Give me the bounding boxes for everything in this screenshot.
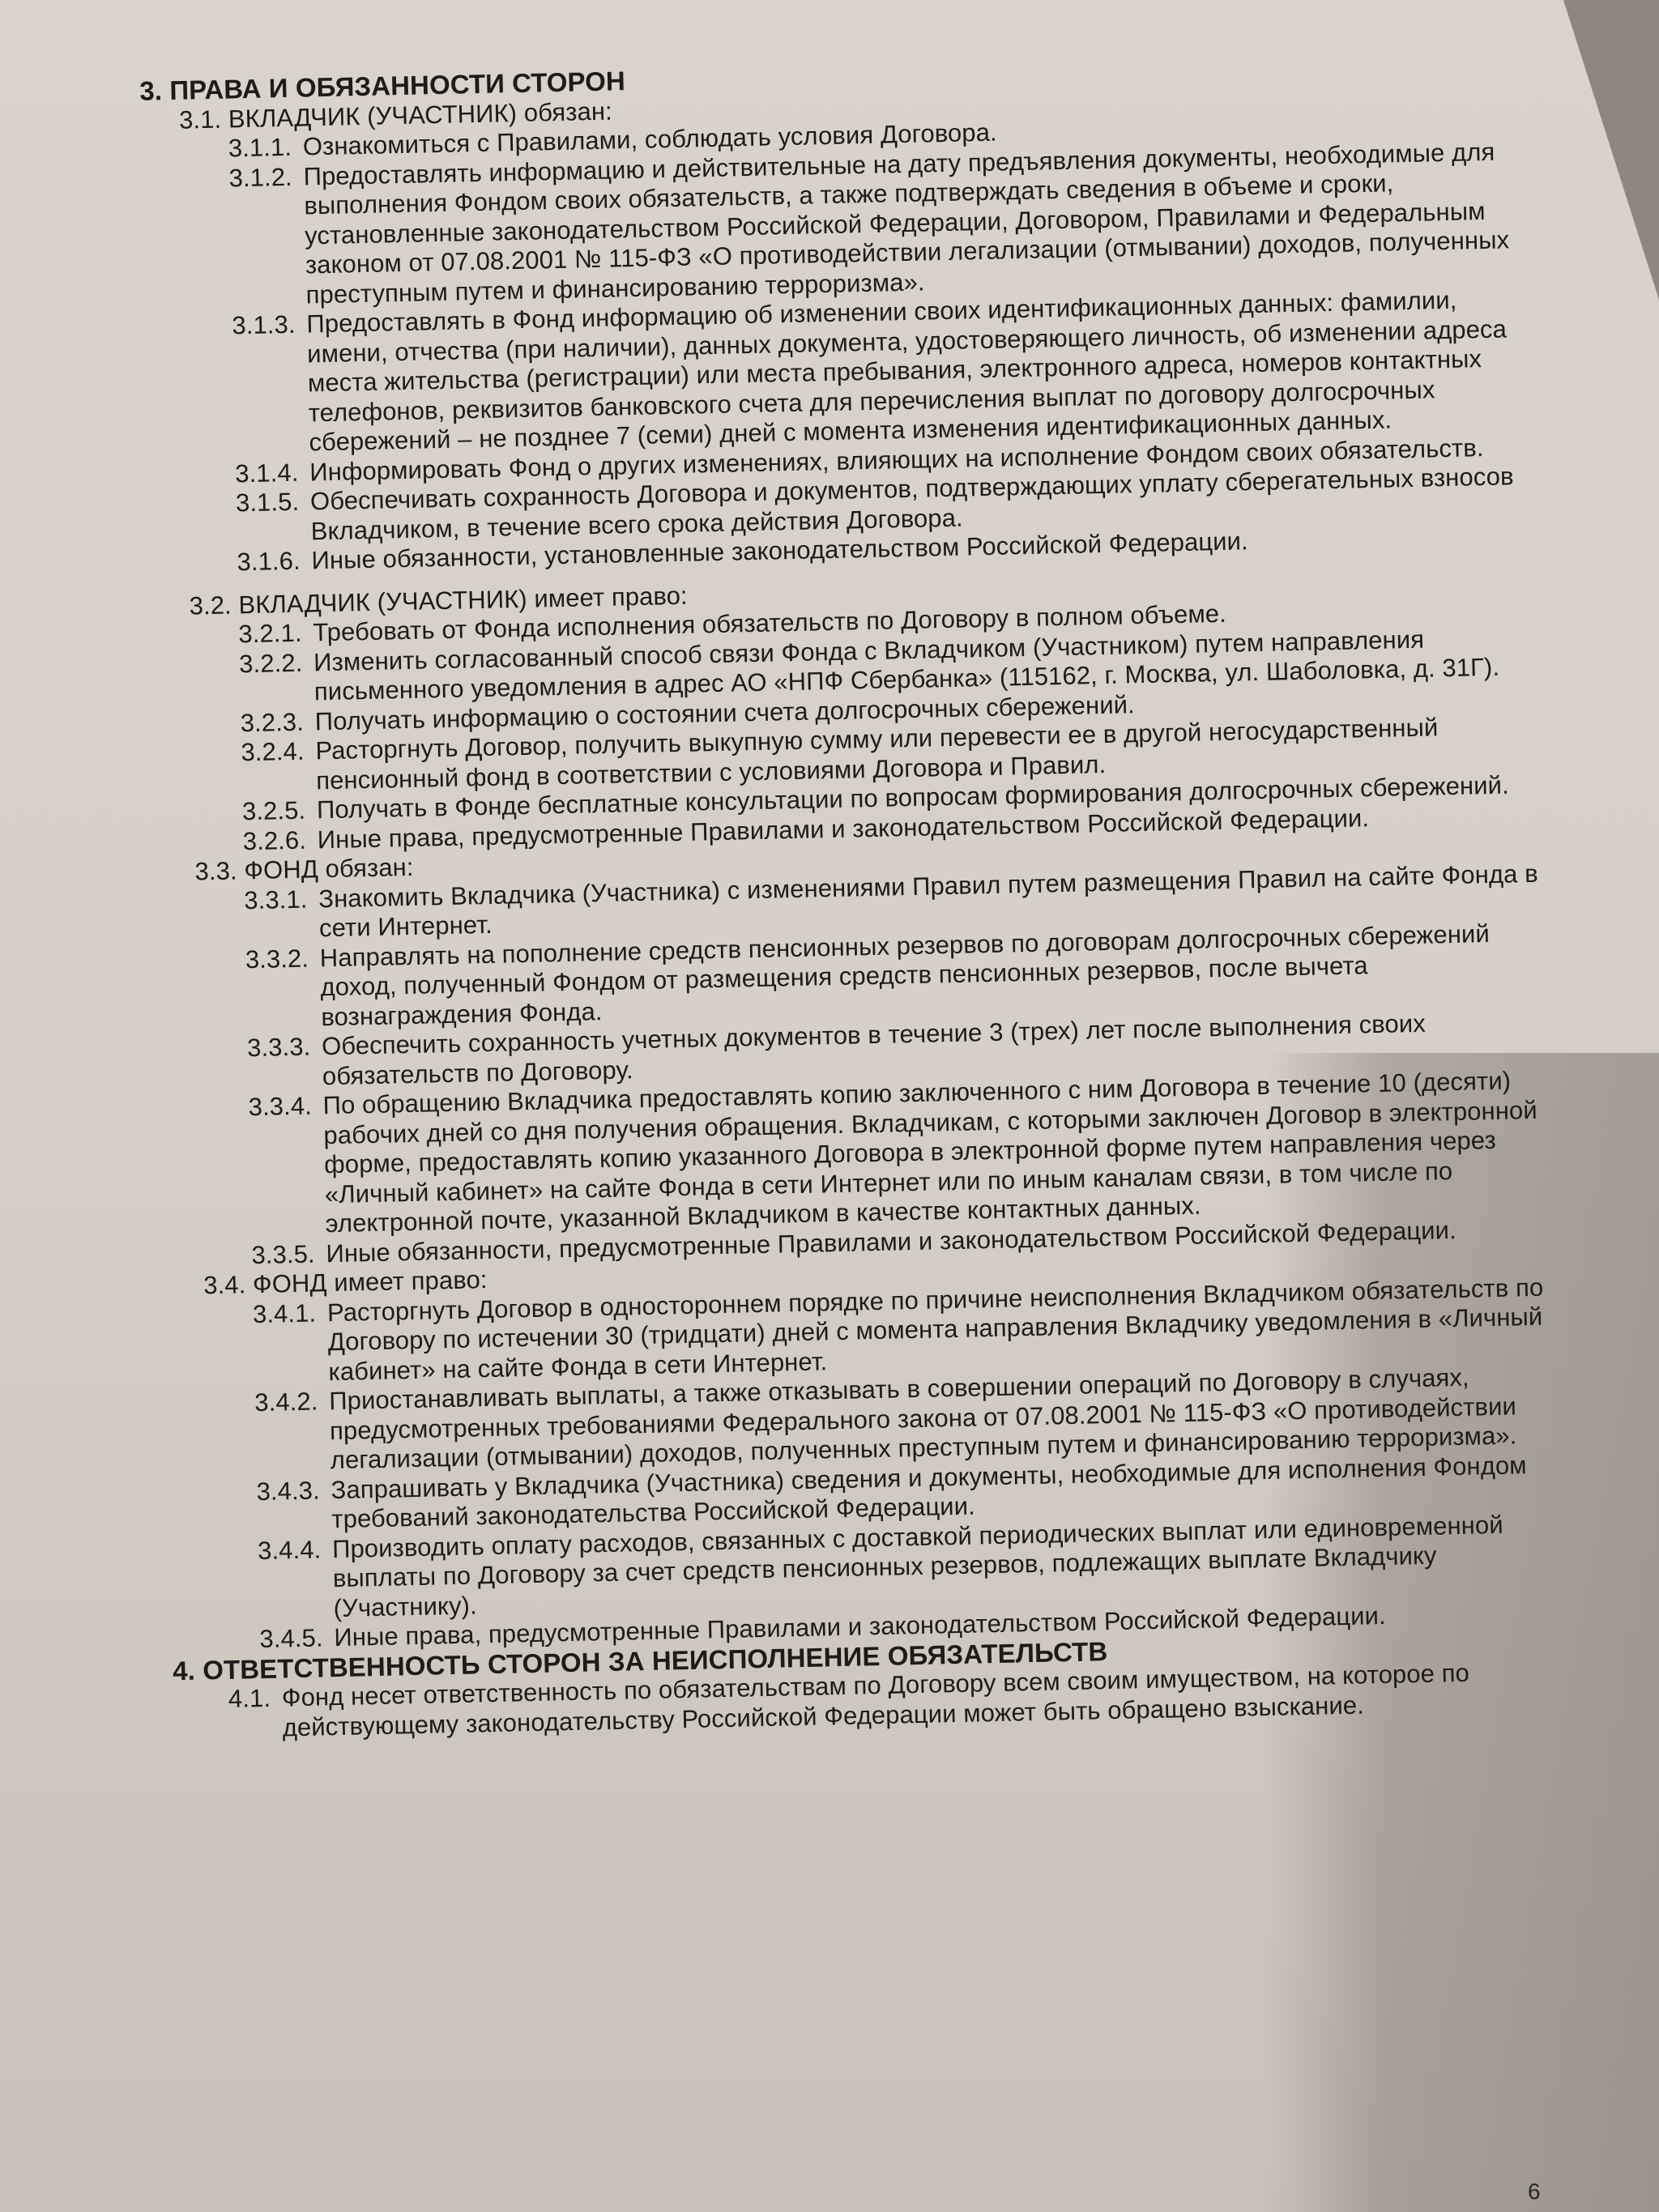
clause-text: Предоставлять информацию и действительны…	[303, 135, 1576, 309]
clause-text: Предоставлять в Фонд информацию об измен…	[306, 283, 1579, 458]
clause-number: 3.3.2.	[245, 944, 321, 1034]
document-body: 3. ПРАВА И ОБЯЗАННОСТИ СТОРОН 3.1. ВКЛАД…	[130, 47, 1606, 1745]
clause-number: 3.4.1.	[253, 1298, 329, 1388]
clause-number: 3.4.2.	[254, 1387, 331, 1477]
clause-3-1-3: 3.1.3.Предоставлять в Фонд информацию об…	[232, 283, 1579, 459]
clause-3-1-2: 3.1.2.Предоставлять информацию и действи…	[228, 135, 1576, 311]
clause-number: 3.2.2.	[239, 648, 315, 709]
clause-number: 3.4.4.	[258, 1535, 334, 1625]
clause-number: 3.1.1.	[228, 133, 304, 164]
clause-number: 3.3.3.	[247, 1032, 323, 1093]
page-number: 6	[1528, 2179, 1541, 2205]
clause-number: 3.2.3.	[240, 707, 315, 738]
clause-number: 4.1.	[228, 1684, 284, 1744]
clause-number: 3.4.5.	[259, 1623, 335, 1654]
clause-number: 3.2.1.	[238, 618, 313, 649]
clause-text: По обращению Вкладчика предоставлять коп…	[322, 1064, 1595, 1238]
clause-number: 3.3.1.	[244, 884, 320, 945]
clause-number: 3.1.3.	[232, 309, 309, 458]
clause-number: 3.2.6.	[242, 825, 318, 856]
clause-number: 3.2.4.	[241, 736, 317, 797]
clause-number: 3.2.5.	[242, 795, 318, 826]
clause-number: 3.3.5.	[251, 1239, 326, 1270]
clause-number: 3.1.6.	[237, 546, 312, 577]
clause-number: 3.1.4.	[235, 458, 310, 488]
clause-3-3-4: 3.3.4.По обращению Вкладчика предоставля…	[248, 1064, 1595, 1240]
clause-number: 3.4.3.	[256, 1476, 332, 1536]
clause-number: 3.1.5.	[236, 487, 312, 548]
clause-number: 3.1.2.	[228, 162, 306, 311]
clause-number: 3.3.4.	[248, 1091, 326, 1240]
